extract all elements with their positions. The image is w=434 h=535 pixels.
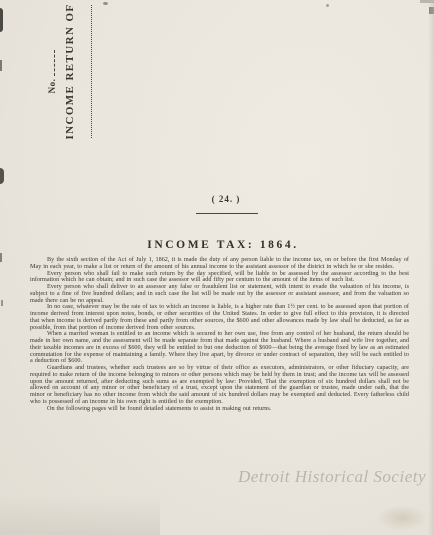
stamp-number-label: No. bbox=[47, 79, 57, 94]
edge-speck bbox=[0, 168, 4, 184]
edge-speck bbox=[1, 300, 3, 306]
paragraph-6: Guardians and trustees, whether such tru… bbox=[30, 365, 409, 406]
edge-speck bbox=[429, 7, 434, 14]
paragraph-5: When a married woman is entitled to an i… bbox=[30, 331, 409, 365]
watermark: Detroit Historical Society bbox=[238, 467, 426, 487]
right-edge-shade bbox=[428, 0, 434, 535]
name-fill-line bbox=[91, 5, 92, 138]
paragraph-4: In no case, whatever may be the rate of … bbox=[30, 304, 409, 331]
number-fill-line bbox=[47, 50, 55, 76]
stamp-title: INCOME RETURN OF bbox=[64, 3, 76, 140]
document-title: INCOME TAX: 1864. bbox=[0, 239, 434, 251]
stamp-number-line: No. bbox=[45, 3, 59, 140]
page-number: ( 24. ) bbox=[0, 194, 434, 204]
edge-speck bbox=[0, 60, 2, 71]
edge-speck bbox=[326, 4, 329, 7]
edge-speck bbox=[0, 253, 2, 262]
document-photo: No. INCOME RETURN OF ( 24. ) INCOME TAX:… bbox=[0, 0, 434, 535]
paragraph-1: By the sixth section of the Act of July … bbox=[30, 257, 409, 271]
edge-speck bbox=[0, 8, 3, 32]
edge-speck bbox=[420, 0, 434, 3]
corner-smudge bbox=[376, 505, 428, 531]
body-text: By the sixth section of the Act of July … bbox=[30, 257, 409, 412]
bottom-shade bbox=[0, 495, 160, 535]
edge-speck bbox=[103, 2, 108, 5]
return-stamp: No. INCOME RETURN OF bbox=[45, 3, 92, 140]
paragraph-3: Every person who shall deliver to an ass… bbox=[30, 284, 409, 304]
paragraph-2: Every person who shall fail to make such… bbox=[30, 271, 409, 285]
page-number-rule bbox=[196, 213, 258, 214]
paragraph-7: On the following pages will be found det… bbox=[30, 406, 409, 413]
